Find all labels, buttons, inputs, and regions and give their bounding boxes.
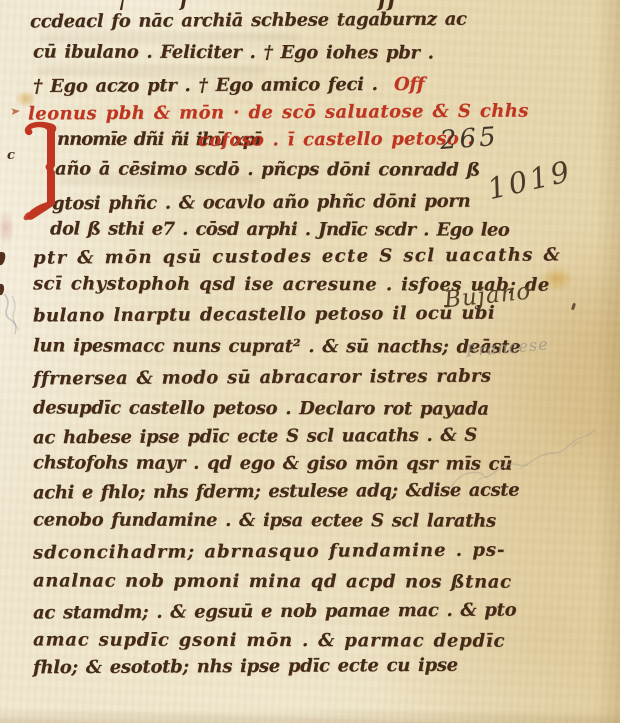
rubric-line: cofoso . ī castello petoso .: [198, 126, 474, 154]
text-line: año ā cēsimo scdō . pñcps dōni conradd ß: [55, 156, 480, 183]
text-line: ptr & mōn qsū custodes ecte S scl uacath…: [33, 242, 561, 271]
edge-ink-fragment: [0, 251, 6, 266]
manuscript-page: †ſſſ ccdeacl fo nāc archiā schbese tagab…: [0, 0, 620, 723]
red-margin-mark: [11, 107, 20, 115]
text-line: ac habese ipse pdīc ecte S scl uacaths .…: [33, 423, 477, 452]
text-line: lun ipesmacc nuns cuprat² . & sū nacths;…: [33, 333, 520, 360]
margin-guide-letter: c: [7, 148, 15, 163]
text-line: ac stamdm; . & egsuū e nob pamae mac . &…: [33, 598, 516, 627]
text-line: analnac nob pmoni mina qd acpd nos ßtnac: [33, 568, 512, 595]
rubric-line: leonus pbh & mōn · de scō saluatose & S …: [28, 98, 529, 127]
text-line: dol ß sthi e7 . cōsd arphi . Jndīc scdr …: [50, 216, 509, 243]
text-line: sdconcihadrm; abrnasquo fundamine . ps-: [33, 538, 506, 567]
illegible-pencil-note: [445, 405, 615, 495]
text-line: bulano lnarptu decastello petoso il ocū …: [33, 301, 495, 330]
rubric-line: Off: [394, 72, 424, 98]
text-line: cū ibulano . Feliciter . † Ego iohes pbr…: [33, 39, 434, 66]
text-line: gtosi phñc . & ocavlo año phñc dōni porn: [52, 189, 470, 218]
margin-year-annotation: 1019: [484, 154, 575, 206]
text-line: ccdeacl fo nāc archiā schbese tagaburnz …: [30, 7, 467, 36]
text-line: fhlo; & esototb; nhs ipse pdīc ecte cu i…: [33, 653, 458, 682]
text-line: ffrnersea & modo sū abracaror istres rab…: [33, 364, 491, 393]
text-line: desupdīc castello petoso . Declaro rot p…: [33, 395, 489, 422]
initial-I-ornament: [17, 120, 63, 222]
ink-mark: [571, 303, 576, 311]
text-line: amac supdīc gsoni mōn . & parmac depdīc: [33, 627, 505, 654]
text-line: chstofohs mayr . qd ego & giso mōn qsr m…: [33, 450, 512, 477]
text-line: † Ego aczo ptr . † Ego amico feci .: [33, 72, 378, 100]
margin-number-annotation: 265: [439, 122, 500, 156]
show-through-scribble: [0, 292, 28, 336]
text-line: cenobo fundamine . & ipsa ectee S scl la…: [33, 507, 496, 534]
